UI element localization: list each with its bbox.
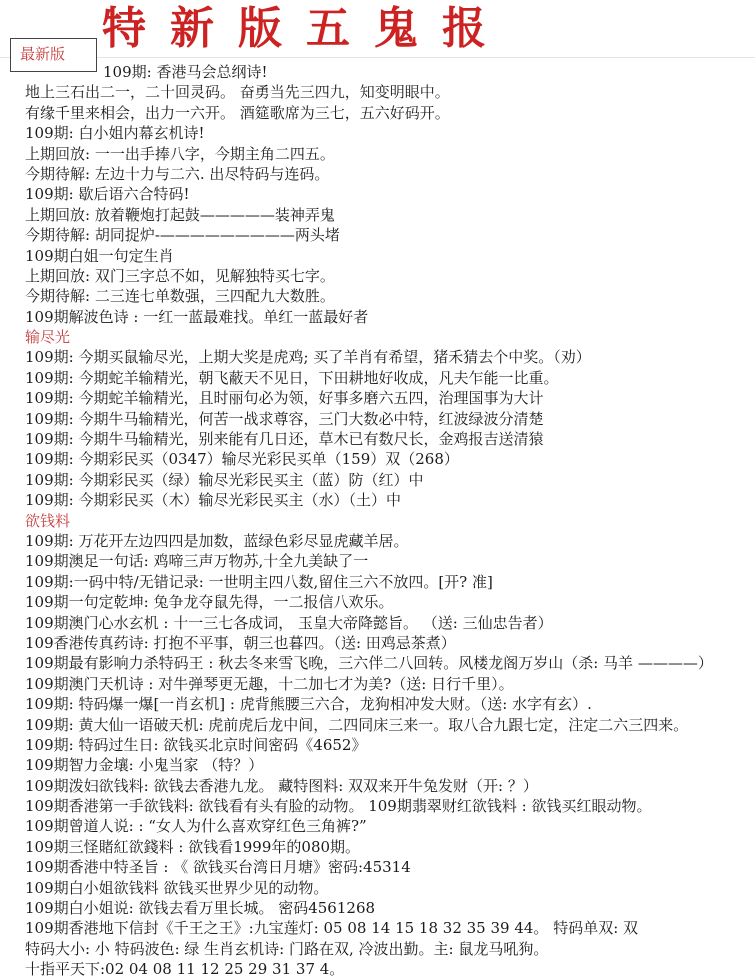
text-line: 109期: 白小姐内幕玄机诗! (0, 123, 755, 143)
text-line: 109期智力金壤: 小鬼当家 （特？） (0, 755, 755, 775)
text-line: 109期解波色诗 : 一红一蓝最难找。单红一蓝最好者 (0, 307, 755, 327)
text-line: 109期: 今期买鼠输尽光，上期大奖是虎鸡; 买了羊肖有希望，猪禾猜去个中奖。（… (0, 347, 755, 367)
text-line: 109期香港地下信封《千王之王》:九宝莲灯: 05 08 14 15 18 32… (0, 918, 755, 938)
text-line: 109期白小姐说: 欲钱去看万里长城。 密码4561268 (0, 898, 755, 918)
text-line: 今期待解: 左边十力与二六. 出尽特码与连码。 (0, 164, 755, 184)
text-line: 有缘千里来相会，出力一六开。 酒筵歌席为三七，五六好码开。 (0, 103, 755, 123)
text-line: 特码大小: 小 特码波色: 绿 生肖玄机诗: 门路在双, 冷波出勤。主: 鼠龙马… (0, 939, 755, 959)
text-line: 109期: 今期蛇羊输精光，且时丽句必为领，好事多磨六五四，治理国事为大计 (0, 388, 755, 408)
text-line: 109期: 今期彩民买（0347）输尽光彩民买单（159）双（268） (0, 449, 755, 469)
text-line: 109期:一码中特/无错记录: 一世明主四八数,留住三六不放四。[开? 准] (0, 572, 755, 592)
text-line: 109期: 特码爆一爆[一肖玄机] : 虎背熊腰三六合，龙狗相冲发大财。（送: … (0, 694, 755, 714)
text-line: 109期泼妇欲钱料: 欲钱去香港九龙。 藏特图料: 双双来开牛兔发财（开: ？） (0, 776, 755, 796)
text-line: 109期曾道人说: : “女人为什么喜欢穿红色三角裤?” (0, 816, 755, 836)
text-line: 109香港传真药诗: 打抱不平事，朝三也暮四。（送: 田鸡忌茶煮） (0, 633, 755, 653)
text-line: 109期: 歇后语六合特码! (0, 184, 755, 204)
section-header-line: 欲钱料 (0, 511, 755, 531)
section-header-line: 输尽光 (0, 327, 755, 347)
text-line: 109期: 万花开左边四四是加数，蓝绿色彩尽显虎藏羊居。 (0, 531, 755, 551)
text-line: 今期待解: 二三连七单数强，三四配九大数胜。 (0, 286, 755, 306)
text-line: 109期: 香港马会总纲诗! (0, 62, 755, 82)
text-line: 上期回放: 放着鞭炮打起鼓—————装神弄鬼 (0, 205, 755, 225)
text-line: 109期白小姐欲钱料 欲钱买世界少见的动物。 (0, 878, 755, 898)
text-line: 十指平天下:02 04 08 11 12 25 29 31 37 4。 (0, 959, 755, 979)
text-line: 109期: 今期牛马输精光，别来能有几日还，草木已有数尺长，金鸡报吉送清猿 (0, 429, 755, 449)
text-line: 地上三石出二一，二十回灵码。 奋勇当先三四九，知变明眼中。 (0, 82, 755, 102)
text-line: 109期澳门心水玄机 : 十一三七各成词， 玉皇大帝降懿旨。 （送: 三仙忠告者… (0, 613, 755, 633)
text-line: 109期香港第一手欲钱料: 欲钱看有头有脸的动物。 109期翡翠财红欲钱料 : … (0, 796, 755, 816)
header-divider (0, 57, 755, 58)
text-line: 109期: 今期彩民买（木）输尽光彩民买主（水）（土）中 (0, 490, 755, 510)
page-title: 特新版五鬼报 (102, 0, 510, 56)
text-line: 109期: 特码过生日: 欲钱买北京时间密码《4652》 (0, 735, 755, 755)
text-line: 109期最有影响力杀特码王 : 秋去冬来雪飞晚，三六伴二八回转。风楼龙阁万岁山（… (0, 653, 755, 673)
text-line: 109期: 今期蛇羊输精光，朝飞蔽天不见日，下田耕地好收成，凡夫乍能一比重。 (0, 368, 755, 388)
text-line: 109期澳门天机诗 : 对牛弹琴更无趣，十二加七才为美?（送: 日行千里）。 (0, 674, 755, 694)
lines: 109期: 香港马会总纲诗!地上三石出二一，二十回灵码。 奋勇当先三四九，知变明… (0, 62, 755, 980)
text-line: 109期澳足一句话: 鸡啼三声万物苏,十全九美缺了一 (0, 551, 755, 571)
text-line: 上期回放: 一一出手捧八字，今期主角二四五。 (0, 144, 755, 164)
text-line: 109期: 黄大仙一语破天机: 虎前虎后龙中间，二四同床三来一。取八合九跟七定，… (0, 715, 755, 735)
text-line: 今期待解: 胡同捉炉-—————————两头堵 (0, 225, 755, 245)
text-line: 109期香港中特圣旨 : 《 欲钱买台湾日月塘》密码:45314 (0, 857, 755, 877)
text-line: 109期: 今期牛马输精光，何苦一战求尊容，三门大数必中特，红波绿波分清楚 (0, 409, 755, 429)
text-line: 109期三怪賭紅欲錢料 : 欲钱看1999年的080期。 (0, 837, 755, 857)
text-line: 109期一句定乾坤: 兔争龙夺鼠先得，一二报信八欢乐。 (0, 592, 755, 612)
text-line: 109期: 今期彩民买（绿）输尽光彩民买主（蓝）防（红）中 (0, 470, 755, 490)
text-line: 上期回放: 双门三字总不如，见解独特买七字。 (0, 266, 755, 286)
text-line: 109期白姐一句定生肖 (0, 246, 755, 266)
